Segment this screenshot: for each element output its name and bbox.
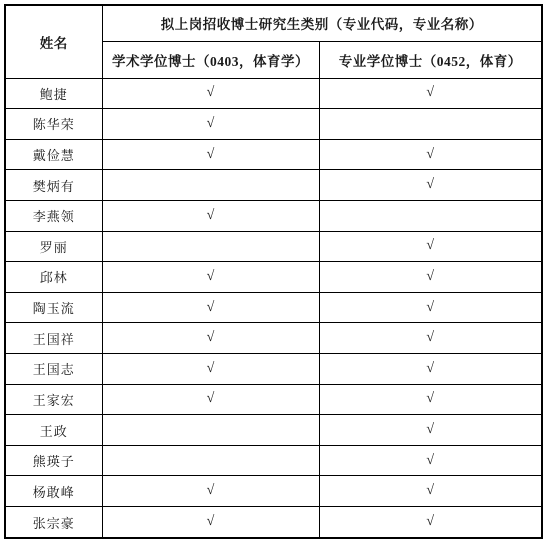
column-header-academic-doctorate: 学术学位博士（0403，体育学） <box>102 41 319 78</box>
academic-checkmark: √ <box>102 507 319 538</box>
professional-checkmark: √ <box>319 170 542 201</box>
academic-checkmark <box>102 231 319 262</box>
professional-checkmark: √ <box>319 353 542 384</box>
professional-checkmark: √ <box>319 476 542 507</box>
column-header-category-group: 拟上岗招收博士研究生类别（专业代码，专业名称） <box>102 5 542 41</box>
document-page: 姓名 拟上岗招收博士研究生类别（专业代码，专业名称） 学术学位博士（0403，体… <box>0 0 545 544</box>
person-name: 李燕领 <box>5 200 102 231</box>
academic-checkmark: √ <box>102 109 319 140</box>
academic-checkmark: √ <box>102 476 319 507</box>
professional-checkmark: √ <box>319 262 542 293</box>
header-row-1: 姓名 拟上岗招收博士研究生类别（专业代码，专业名称） <box>5 5 542 41</box>
table-row: 樊炳有 √ <box>5 170 542 201</box>
table-row: 陈华荣 √ <box>5 109 542 140</box>
person-name: 王政 <box>5 415 102 446</box>
table-row: 张宗豪 √ √ <box>5 507 542 538</box>
professional-checkmark: √ <box>319 507 542 538</box>
person-name: 戴俭慧 <box>5 139 102 170</box>
academic-checkmark: √ <box>102 323 319 354</box>
professional-checkmark: √ <box>319 231 542 262</box>
professional-checkmark: √ <box>319 384 542 415</box>
academic-checkmark: √ <box>102 78 319 109</box>
person-name: 张宗豪 <box>5 507 102 538</box>
table-row: 熊瑛子 √ <box>5 445 542 476</box>
person-name: 杨敢峰 <box>5 476 102 507</box>
table-row: 李燕领 √ <box>5 200 542 231</box>
table-row: 邱林 √ √ <box>5 262 542 293</box>
professional-checkmark: √ <box>319 323 542 354</box>
table-row: 王国祥 √ √ <box>5 323 542 354</box>
table-row: 陶玉流 √ √ <box>5 292 542 323</box>
table-header: 姓名 拟上岗招收博士研究生类别（专业代码，专业名称） 学术学位博士（0403，体… <box>5 5 542 78</box>
phd-recruitment-table: 姓名 拟上岗招收博士研究生类别（专业代码，专业名称） 学术学位博士（0403，体… <box>4 4 543 539</box>
professional-checkmark: √ <box>319 78 542 109</box>
person-name: 王国志 <box>5 353 102 384</box>
person-name: 邱林 <box>5 262 102 293</box>
person-name: 熊瑛子 <box>5 445 102 476</box>
academic-checkmark <box>102 445 319 476</box>
table-row: 王国志 √ √ <box>5 353 542 384</box>
table-row: 罗丽 √ <box>5 231 542 262</box>
person-name: 陶玉流 <box>5 292 102 323</box>
person-name: 王家宏 <box>5 384 102 415</box>
table-row: 鲍捷 √ √ <box>5 78 542 109</box>
table-body: 鲍捷 √ √ 陈华荣 √ 戴俭慧 √ √ 樊炳有 √ 李燕领 √ <box>5 78 542 538</box>
table-row: 戴俭慧 √ √ <box>5 139 542 170</box>
academic-checkmark: √ <box>102 292 319 323</box>
person-name: 罗丽 <box>5 231 102 262</box>
professional-checkmark: √ <box>319 139 542 170</box>
person-name: 鲍捷 <box>5 78 102 109</box>
academic-checkmark: √ <box>102 353 319 384</box>
column-header-name: 姓名 <box>5 5 102 78</box>
table-row: 王家宏 √ √ <box>5 384 542 415</box>
person-name: 陈华荣 <box>5 109 102 140</box>
table-row: 王政 √ <box>5 415 542 446</box>
academic-checkmark: √ <box>102 139 319 170</box>
academic-checkmark: √ <box>102 200 319 231</box>
professional-checkmark: √ <box>319 445 542 476</box>
professional-checkmark: √ <box>319 292 542 323</box>
professional-checkmark <box>319 200 542 231</box>
academic-checkmark <box>102 415 319 446</box>
person-name: 王国祥 <box>5 323 102 354</box>
column-header-professional-doctorate: 专业学位博士（0452，体育） <box>319 41 542 78</box>
academic-checkmark: √ <box>102 262 319 293</box>
professional-checkmark <box>319 109 542 140</box>
academic-checkmark <box>102 170 319 201</box>
academic-checkmark: √ <box>102 384 319 415</box>
table-row: 杨敢峰 √ √ <box>5 476 542 507</box>
professional-checkmark: √ <box>319 415 542 446</box>
person-name: 樊炳有 <box>5 170 102 201</box>
